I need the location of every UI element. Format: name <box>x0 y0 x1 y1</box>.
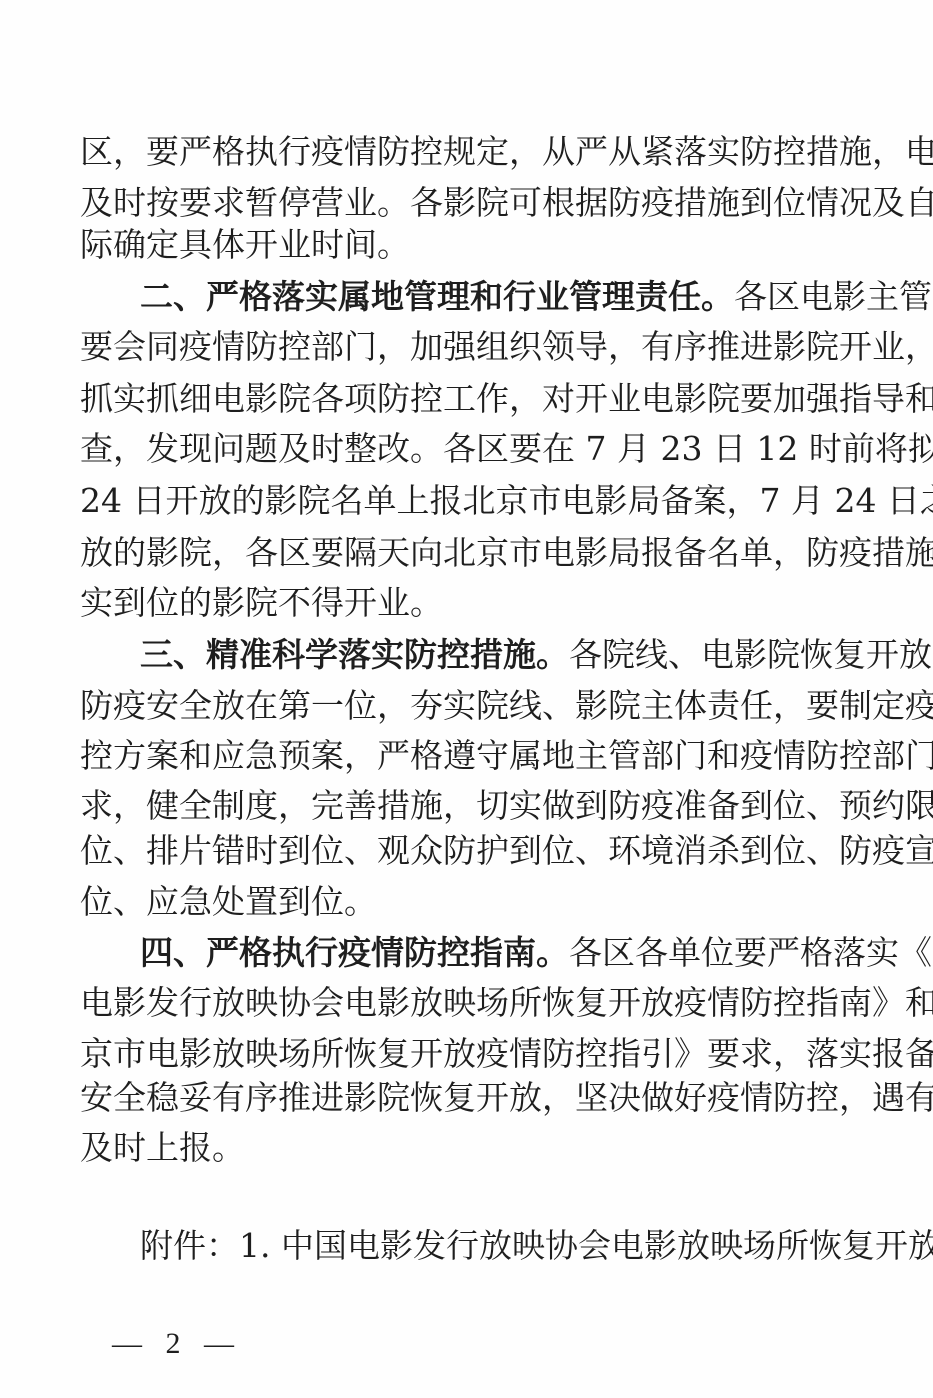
section-3-line: 控方案和应急预案，严格遵守属地主管部门和疫情防控部门要 <box>80 736 873 776</box>
section-3-line: 位、排片错时到位、观众防护到位、环境消杀到位、防疫宣传到 <box>80 831 873 871</box>
section-2-line: 实到位的影院不得开业。 <box>80 583 873 623</box>
section-2-first-line: 二、严格落实属地管理和行业管理责任。各区电影主管部门 <box>140 277 873 317</box>
document-page: 区，要严格执行疫情防控规定，从严从紧落实防控措施，电影院 及时按要求暂停营业。各… <box>0 0 933 1398</box>
section-2-line: 查，发现问题及时整改。各区要在 7 月 23 日 12 时前将拟于 7 月 <box>80 429 873 469</box>
page-number: — 2 — <box>112 1326 242 1362</box>
section-3-line: 求，健全制度，完善措施，切实做到防疫准备到位、预约限流到 <box>80 786 873 826</box>
section-3-line: 防疫安全放在第一位，夯实院线、影院主体责任，要制定疫情防 <box>80 686 873 726</box>
section-2-line: 抓实抓细电影院各项防控工作，对开业电影院要加强指导和巡 <box>80 379 873 419</box>
section-4-first-line: 四、严格执行疫情防控指南。各区各单位要严格落实《中国 <box>140 933 873 973</box>
section-2-first-line-text: 各区电影主管部门 <box>734 277 933 316</box>
section-2-heading: 二、严格落实属地管理和行业管理责任。 <box>140 277 734 316</box>
paragraph-1-line-3: 际确定具体开业时间。 <box>80 225 873 265</box>
paragraph-1-line-2: 及时按要求暂停营业。各影院可根据防疫措施到位情况及自身实 <box>80 183 873 223</box>
section-4-line: 及时上报。 <box>80 1128 873 1168</box>
section-3-first-line: 三、精准科学落实防控措施。各院线、电影院恢复开放须把 <box>140 635 873 675</box>
section-4-first-line-text: 各区各单位要严格落实《中国 <box>569 933 933 972</box>
section-4-line: 安全稳妥有序推进影院恢复开放，坚决做好疫情防控，遇有问题 <box>80 1078 873 1118</box>
section-2-line: 24 日开放的影院名单上报北京市电影局备案，7 月 24 日之后开 <box>80 481 873 521</box>
section-3-heading: 三、精准科学落实防控措施。 <box>140 635 569 674</box>
section-2-line: 要会同疫情防控部门，加强组织领导，有序推进影院开业，抓紧 <box>80 327 873 367</box>
section-2-line: 放的影院，各区要隔天向北京市电影局报备名单，防疫措施未落 <box>80 533 873 573</box>
paragraph-1-line-1: 区，要严格执行疫情防控规定，从严从紧落实防控措施，电影院 <box>80 132 873 172</box>
section-4-heading: 四、严格执行疫情防控指南。 <box>140 933 569 972</box>
section-3-first-line-text: 各院线、电影院恢复开放须把 <box>569 635 933 674</box>
attachment-line: 附件：1. 中国电影发行放映协会电影放映场所恢复开放疫情 <box>140 1226 873 1266</box>
section-3-line: 位、应急处置到位。 <box>80 882 873 922</box>
section-4-line: 京市电影放映场所恢复开放疫情防控指引》要求，落实报备制度， <box>80 1034 873 1074</box>
section-4-line: 电影发行放映协会电影放映场所恢复开放疫情防控指南》和《北 <box>80 983 873 1023</box>
